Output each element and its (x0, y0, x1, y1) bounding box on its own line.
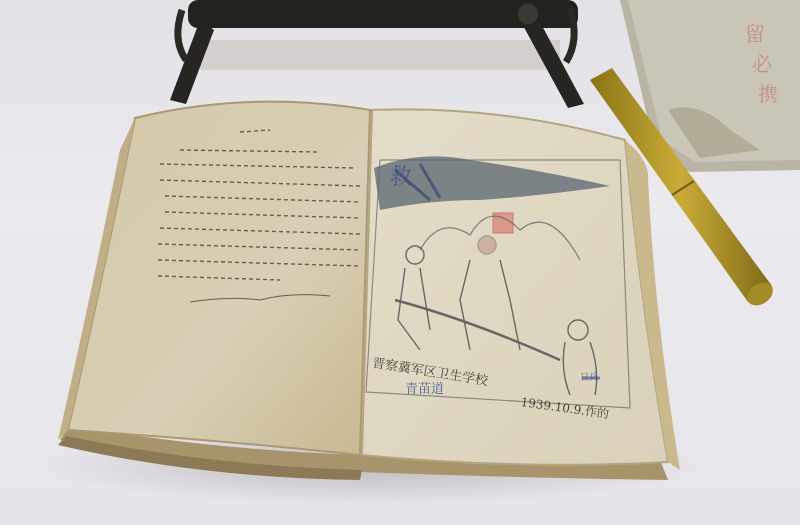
photo-scene: 救 晋察冀军区卫生学校 青苗道 1939.10.9.作的 日兵 留 必 携 Op… (0, 0, 800, 525)
left-page (68, 102, 370, 455)
booklet-char-3: 携 (758, 78, 778, 107)
booklet-char-1: 留 (745, 18, 765, 47)
notebook-photo (0, 0, 800, 525)
signature: 青苗道 (405, 378, 444, 397)
booklet-char-2: 必 (752, 48, 772, 77)
stand-shadow (200, 40, 560, 70)
figure-label: 日兵 (580, 370, 598, 383)
banner-text: 救 (390, 160, 412, 191)
